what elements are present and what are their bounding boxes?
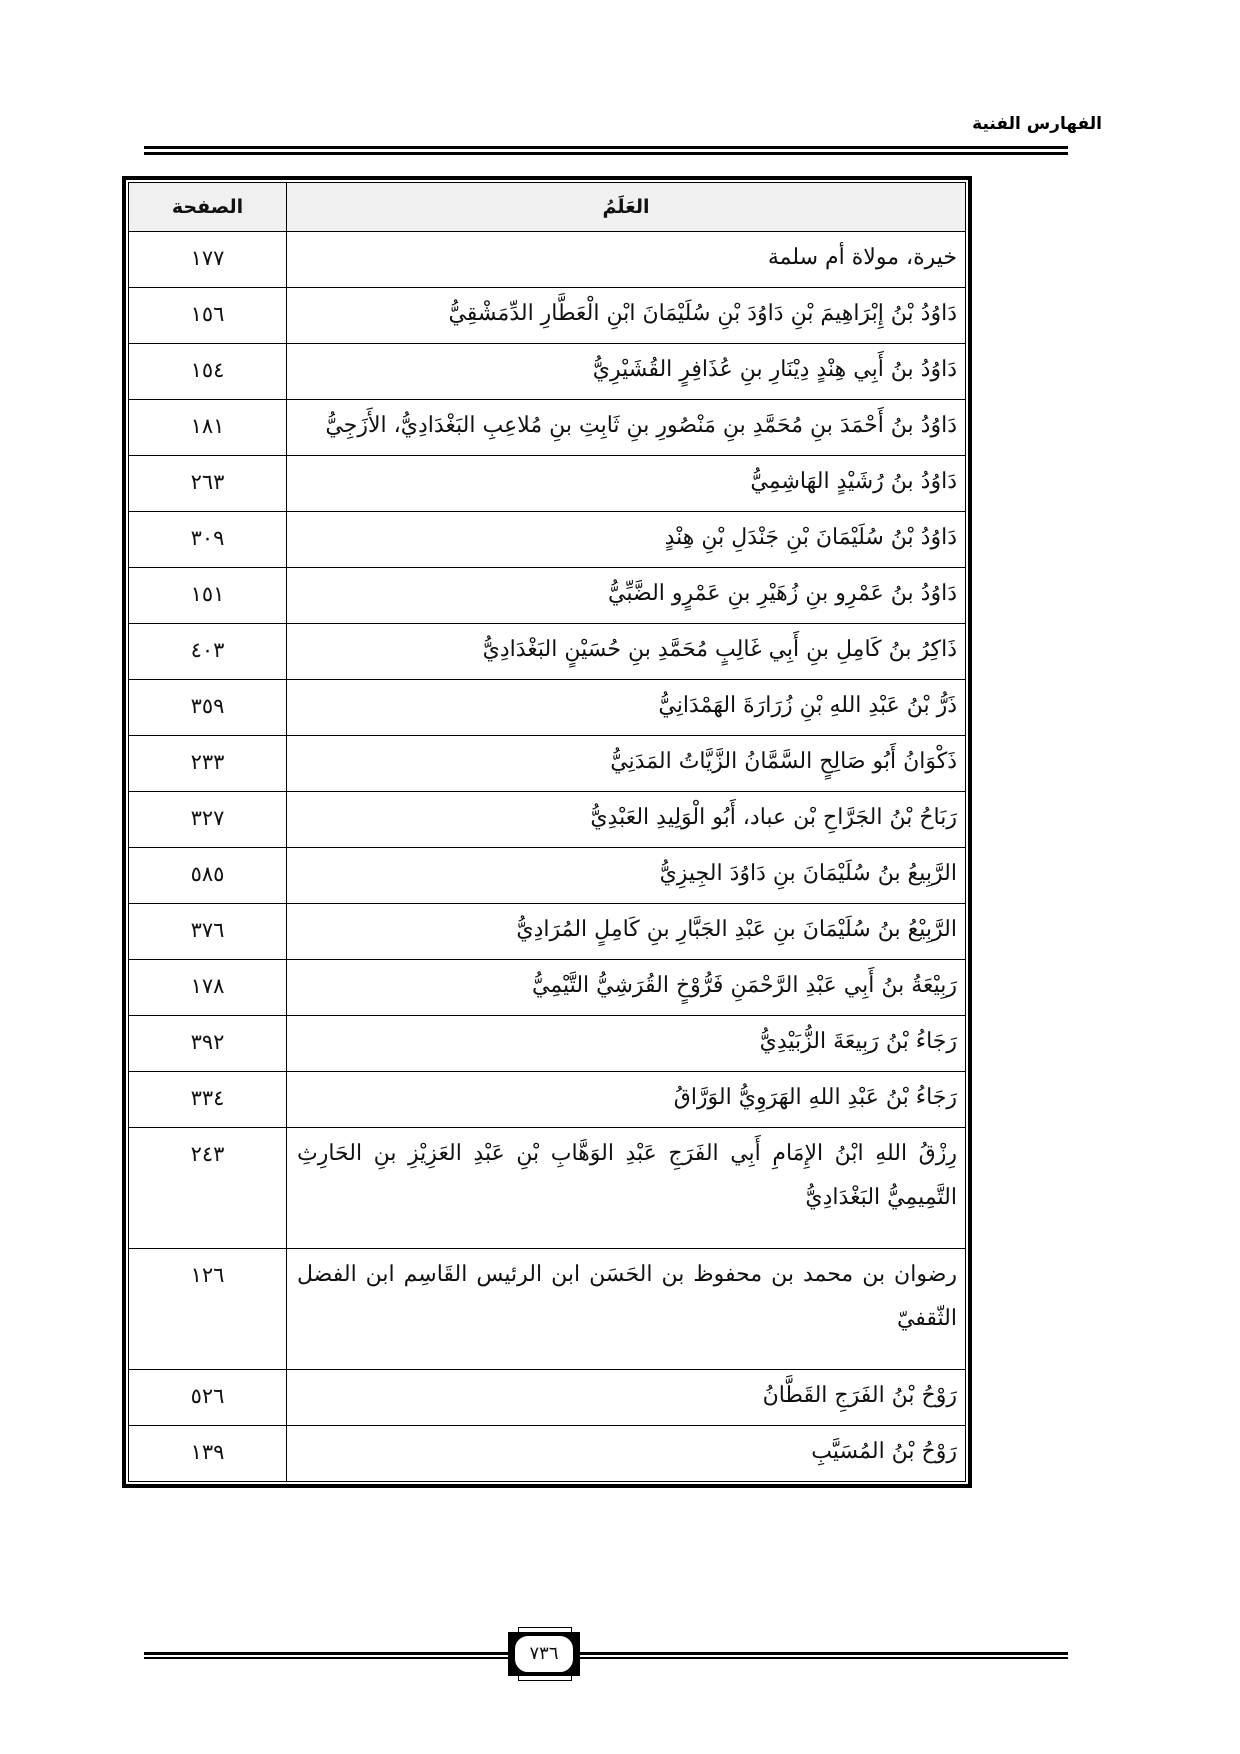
name-cell: رَبَاحُ بْنُ الجَرَّاحِ بْن عباد، أَبُو … <box>287 792 966 848</box>
page-number-badge: ٧٣٦ <box>508 1632 580 1676</box>
name-cell: الرَّبِيعُ بنُ سُلَيْمَانَ بنِ دَاوُدَ ا… <box>287 848 966 904</box>
table-row: دَاوُدُ بنُ أَحْمَدَ بنِ مُحَمَّدِ بنِ م… <box>129 400 965 456</box>
running-head-title: الفهارس الفنية <box>972 114 1102 134</box>
name-cell: دَاوُدُ بنُ عَمْرِو بنِ زُهَيْرِ بنِ عَم… <box>287 568 966 624</box>
name-cell: رَوْحُ بْنُ الفَرَجِ القَطَّانُ <box>287 1370 966 1426</box>
page-cell: ٢٦٣ <box>129 456 287 512</box>
table-row: رَبِيْعَةُ بنُ أَبِي عَبْدِ الرَّحْمَنِ … <box>129 960 965 1016</box>
table-header-row: العَلَمُ الصفحة <box>129 183 965 232</box>
page-cell: ٣٣٤ <box>129 1072 287 1128</box>
badge-ornament-top <box>518 1627 572 1633</box>
table-row: خيرة، مولاة أم سلمة ١٧٧ <box>129 232 965 288</box>
page-cell: ٣٩٢ <box>129 1016 287 1072</box>
page-cell: ٣٥٩ <box>129 680 287 736</box>
page-cell: ٤٠٣ <box>129 624 287 680</box>
name-cell: ذَاكِرُ بنُ كَامِلِ بنِ أَبِي غَالِبٍ مُ… <box>287 624 966 680</box>
name-cell: رَجَاءُ بْنُ رَبِيعَةَ الزُّبَيْدِيُّ <box>287 1016 966 1072</box>
table-row: رَوْحُ بْنُ المُسَيَّبِ ١٣٩ <box>129 1426 965 1482</box>
table-row: ذَكْوَانُ أَبُو صَالِحٍ السَّمَّانُ الزَ… <box>129 736 965 792</box>
page-cell: ٢٤٣ <box>129 1128 287 1249</box>
page-cell: ١٧٧ <box>129 232 287 288</box>
table-row: الرَّبِيْعُ بنُ سُلَيْمَانَ بنِ عَبْدِ ا… <box>129 904 965 960</box>
name-cell: دَاوُدُ بنُ أَبِي هِنْدٍ دِيْنَارِ بنِ ع… <box>287 344 966 400</box>
table-row: دَاوُدُ بنُ عَمْرِو بنِ زُهَيْرِ بنِ عَم… <box>129 568 965 624</box>
table-row: رِزْقُ اللهِ ابْنُ الإِمَامِ أَبِي الفَر… <box>129 1128 965 1249</box>
footer-rule-right <box>580 1652 1068 1655</box>
table-row: دَاوُدُ بْنُ إِبْرَاهِيمَ بْنِ دَاوُدَ ب… <box>129 288 965 344</box>
index-table-frame: العَلَمُ الصفحة خيرة، مولاة أم سلمة ١٧٧ … <box>122 176 972 1488</box>
page-cell: ٣٧٦ <box>129 904 287 960</box>
page-cell: ٣٢٧ <box>129 792 287 848</box>
column-header-page: الصفحة <box>129 183 287 232</box>
footer-rule-left <box>144 1652 508 1655</box>
page-cell: ٢٣٣ <box>129 736 287 792</box>
name-cell: خيرة، مولاة أم سلمة <box>287 232 966 288</box>
column-header-name: العَلَمُ <box>287 183 966 232</box>
page-number: ٧٣٦ <box>514 1635 574 1673</box>
name-cell: دَاوُدُ بنُ رُشَيْدٍ الهَاشِمِيُّ <box>287 456 966 512</box>
name-cell: رضوان بن محمد بن محفوظ بن الحَسَن ابن ال… <box>287 1249 966 1370</box>
table-row: رضوان بن محمد بن محفوظ بن الحَسَن ابن ال… <box>129 1249 965 1370</box>
table-row: دَاوُدُ بنُ أَبِي هِنْدٍ دِيْنَارِ بنِ ع… <box>129 344 965 400</box>
page-cell: ٥٨٥ <box>129 848 287 904</box>
page-cell: ١٥٤ <box>129 344 287 400</box>
table-row: رَوْحُ بْنُ الفَرَجِ القَطَّانُ ٥٢٦ <box>129 1370 965 1426</box>
name-cell: رَوْحُ بْنُ المُسَيَّبِ <box>287 1426 966 1482</box>
table-row: رَجَاءُ بْنُ رَبِيعَةَ الزُّبَيْدِيُّ ٣٩… <box>129 1016 965 1072</box>
name-cell: دَاوُدُ بنُ أَحْمَدَ بنِ مُحَمَّدِ بنِ م… <box>287 400 966 456</box>
name-cell: دَاوُدُ بْنُ سُلَيْمَانَ بْنِ جَنْدَلِ ب… <box>287 512 966 568</box>
table-row: ذَاكِرُ بنُ كَامِلِ بنِ أَبِي غَالِبٍ مُ… <box>129 624 965 680</box>
table-row: دَاوُدُ بنُ رُشَيْدٍ الهَاشِمِيُّ ٢٦٣ <box>129 456 965 512</box>
page-cell: ٥٢٦ <box>129 1370 287 1426</box>
name-cell: دَاوُدُ بْنُ إِبْرَاهِيمَ بْنِ دَاوُدَ ب… <box>287 288 966 344</box>
names-index-table: العَلَمُ الصفحة خيرة، مولاة أم سلمة ١٧٧ … <box>129 183 965 1481</box>
table-row: ذَرُّ بْنُ عَبْدِ اللهِ بْنِ زُرَارَةَ ا… <box>129 680 965 736</box>
page-cell: ١٧٨ <box>129 960 287 1016</box>
name-cell: ذَرُّ بْنُ عَبْدِ اللهِ بْنِ زُرَارَةَ ا… <box>287 680 966 736</box>
name-cell: رَجَاءُ بْنُ عَبْدِ اللهِ الهَرَوِيُّ ال… <box>287 1072 966 1128</box>
page-cell: ١٣٩ <box>129 1426 287 1482</box>
name-cell: ذَكْوَانُ أَبُو صَالِحٍ السَّمَّانُ الزَ… <box>287 736 966 792</box>
table-row: رَجَاءُ بْنُ عَبْدِ اللهِ الهَرَوِيُّ ال… <box>129 1072 965 1128</box>
header-double-rule <box>144 146 1068 149</box>
table-row: رَبَاحُ بْنُ الجَرَّاحِ بْن عباد، أَبُو … <box>129 792 965 848</box>
name-cell: رِزْقُ اللهِ ابْنُ الإِمَامِ أَبِي الفَر… <box>287 1128 966 1249</box>
name-cell: الرَّبِيْعُ بنُ سُلَيْمَانَ بنِ عَبْدِ ا… <box>287 904 966 960</box>
table-row: دَاوُدُ بْنُ سُلَيْمَانَ بْنِ جَنْدَلِ ب… <box>129 512 965 568</box>
page-footer: ٧٣٦ <box>144 1638 1068 1678</box>
page-cell: ١٨١ <box>129 400 287 456</box>
name-cell: رَبِيْعَةُ بنُ أَبِي عَبْدِ الرَّحْمَنِ … <box>287 960 966 1016</box>
page-cell: ١٥١ <box>129 568 287 624</box>
page-cell: ١٥٦ <box>129 288 287 344</box>
page-cell: ١٢٦ <box>129 1249 287 1370</box>
badge-ornament-bottom <box>518 1675 572 1681</box>
table-row: الرَّبِيعُ بنُ سُلَيْمَانَ بنِ دَاوُدَ ا… <box>129 848 965 904</box>
page-cell: ٣٠٩ <box>129 512 287 568</box>
